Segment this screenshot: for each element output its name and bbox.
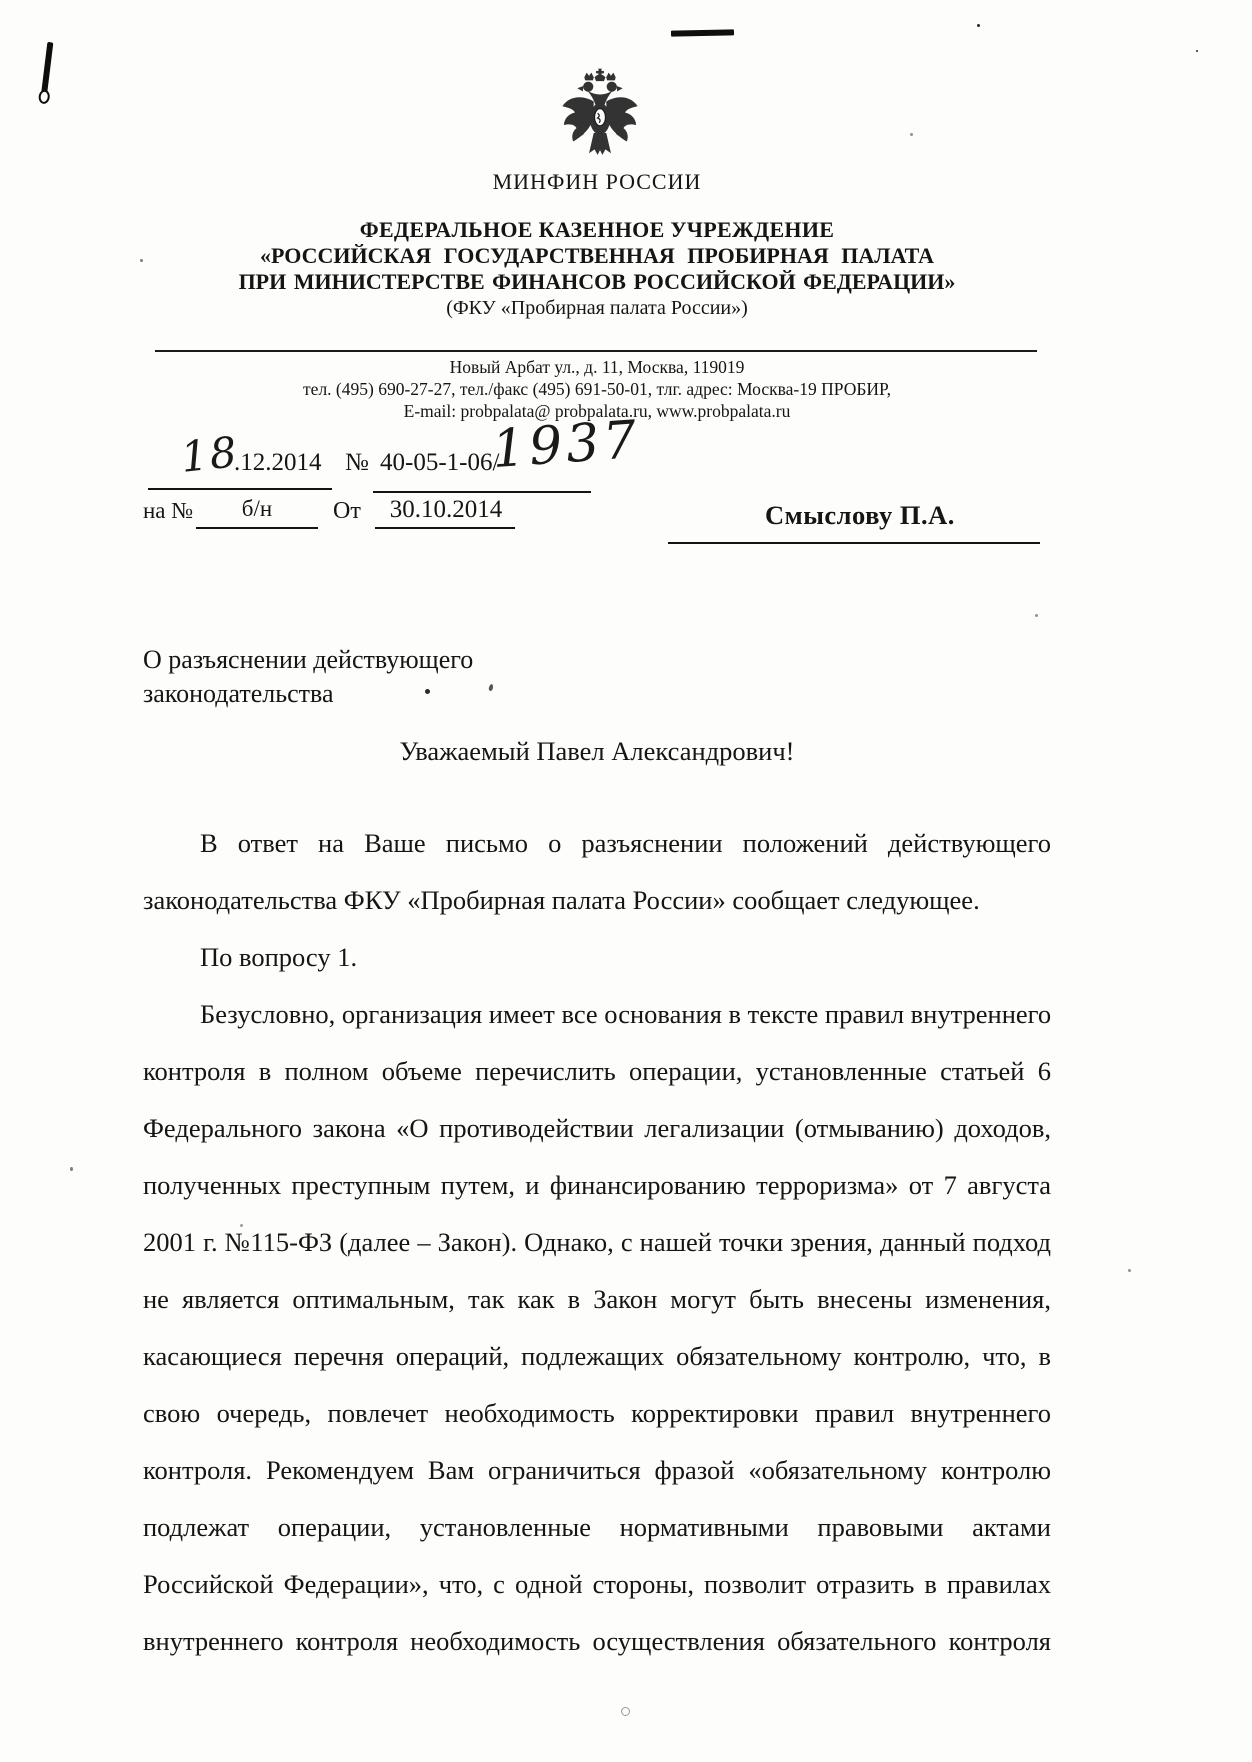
- phone-line: тел. (495) 690-27-27, тел./факс (495) 69…: [157, 379, 1037, 400]
- org-name-line1: ФЕДЕРАЛЬНОЕ КАЗЕННОЕ УЧРЕЖДЕНИЕ: [157, 217, 1037, 243]
- body-line: законодательства ФКУ «Пробирная палата Р…: [143, 872, 1051, 929]
- subject-line2: законодательства: [143, 679, 643, 709]
- body-line: Российской Федерации», что, с одной стор…: [143, 1556, 1051, 1613]
- incoming-date-underline: [375, 527, 515, 529]
- letterhead-divider: [155, 350, 1037, 352]
- address-line: Новый Арбат ул., д. 11, Москва, 119019: [157, 357, 1037, 378]
- salutation: Уважаемый Павел Александрович!: [143, 736, 1051, 767]
- body-line: полученных преступным путем, и финансиро…: [143, 1157, 1051, 1214]
- body-line: касающиеся перечня операций, подлежащих …: [143, 1328, 1051, 1385]
- from-label: От: [333, 498, 361, 525]
- scan-speck: [977, 24, 980, 27]
- outgoing-date-day-handwritten: 18: [179, 427, 241, 482]
- body-line: контроля. Рекомендуем Вам ограничиться ф…: [143, 1442, 1051, 1499]
- reply-to-label: на №: [143, 498, 193, 524]
- reply-to-number: б/н: [196, 496, 318, 522]
- body-line: подлежат операции, установленные нормати…: [143, 1499, 1051, 1556]
- body-line: Федерального закона «О противодействии л…: [143, 1100, 1051, 1157]
- scan-artifact-ring: [621, 1707, 630, 1716]
- ministry-name: МИНФИН РОССИИ: [186, 169, 1008, 195]
- org-short-name: (ФКУ «Пробирная палата России»): [157, 297, 1037, 320]
- scanned-letter-page: МИНФИН РОССИИ ФЕДЕРАЛЬНОЕ КАЗЕННОЕ УЧРЕЖ…: [0, 0, 1252, 1762]
- number-underline: [373, 491, 591, 493]
- outgoing-number-typed: 40-05-1-06/: [380, 449, 499, 477]
- body-line: В ответ на Ваше письмо о разъяснении пол…: [143, 815, 1051, 872]
- body-line: не является оптимальным, так как в Закон…: [143, 1271, 1051, 1328]
- scan-speck: [1128, 1269, 1131, 1272]
- incoming-letter-date: 30.10.2014: [379, 496, 513, 524]
- scan-speck: [140, 259, 143, 262]
- body-line: свою очередь, повлечет необходимость кор…: [143, 1385, 1051, 1442]
- body-line: 2001 г. №115-ФЗ (далее – Закон). Однако,…: [143, 1214, 1051, 1271]
- scan-speck: [910, 133, 913, 136]
- date-underline: [148, 488, 332, 490]
- scan-artifact-dash: [671, 29, 734, 36]
- body-line: По вопросу 1.: [143, 929, 1051, 986]
- scan-speck: [1196, 50, 1198, 52]
- outgoing-number-handwritten: 1937: [490, 410, 642, 480]
- body-line: Безусловно, организация имеет все основа…: [143, 986, 1051, 1043]
- addressee-underline: [668, 542, 1040, 544]
- handwritten-pen-mark: [41, 42, 54, 98]
- number-sign-label: №: [345, 449, 369, 477]
- coat-of-arms-eagle-icon: [553, 66, 647, 170]
- org-name-line3: ПРИ МИНИСТЕРСТВЕ ФИНАНСОВ РОССИЙСКОЙ ФЕД…: [157, 269, 1037, 295]
- body-line: контроля в полном объеме перечислить опе…: [143, 1043, 1051, 1100]
- letter-body: В ответ на Ваше письмо о разъяснении пол…: [143, 815, 1051, 1670]
- scan-speck: [1035, 614, 1038, 617]
- outgoing-date-typed: .12.2014: [234, 449, 322, 477]
- body-line: внутреннего контроля необходимость осуще…: [143, 1613, 1051, 1670]
- reply-number-underline: [196, 527, 318, 529]
- org-name-line2: «РОССИЙСКАЯ ГОСУДАРСТВЕННАЯ ПРОБИРНАЯ ПА…: [157, 243, 1037, 269]
- scan-speck: [70, 1167, 73, 1171]
- ink-speck: [425, 689, 430, 694]
- subject-line1: О разъяснении действующего: [143, 645, 643, 675]
- addressee-name: Смыслову П.А.: [765, 500, 955, 531]
